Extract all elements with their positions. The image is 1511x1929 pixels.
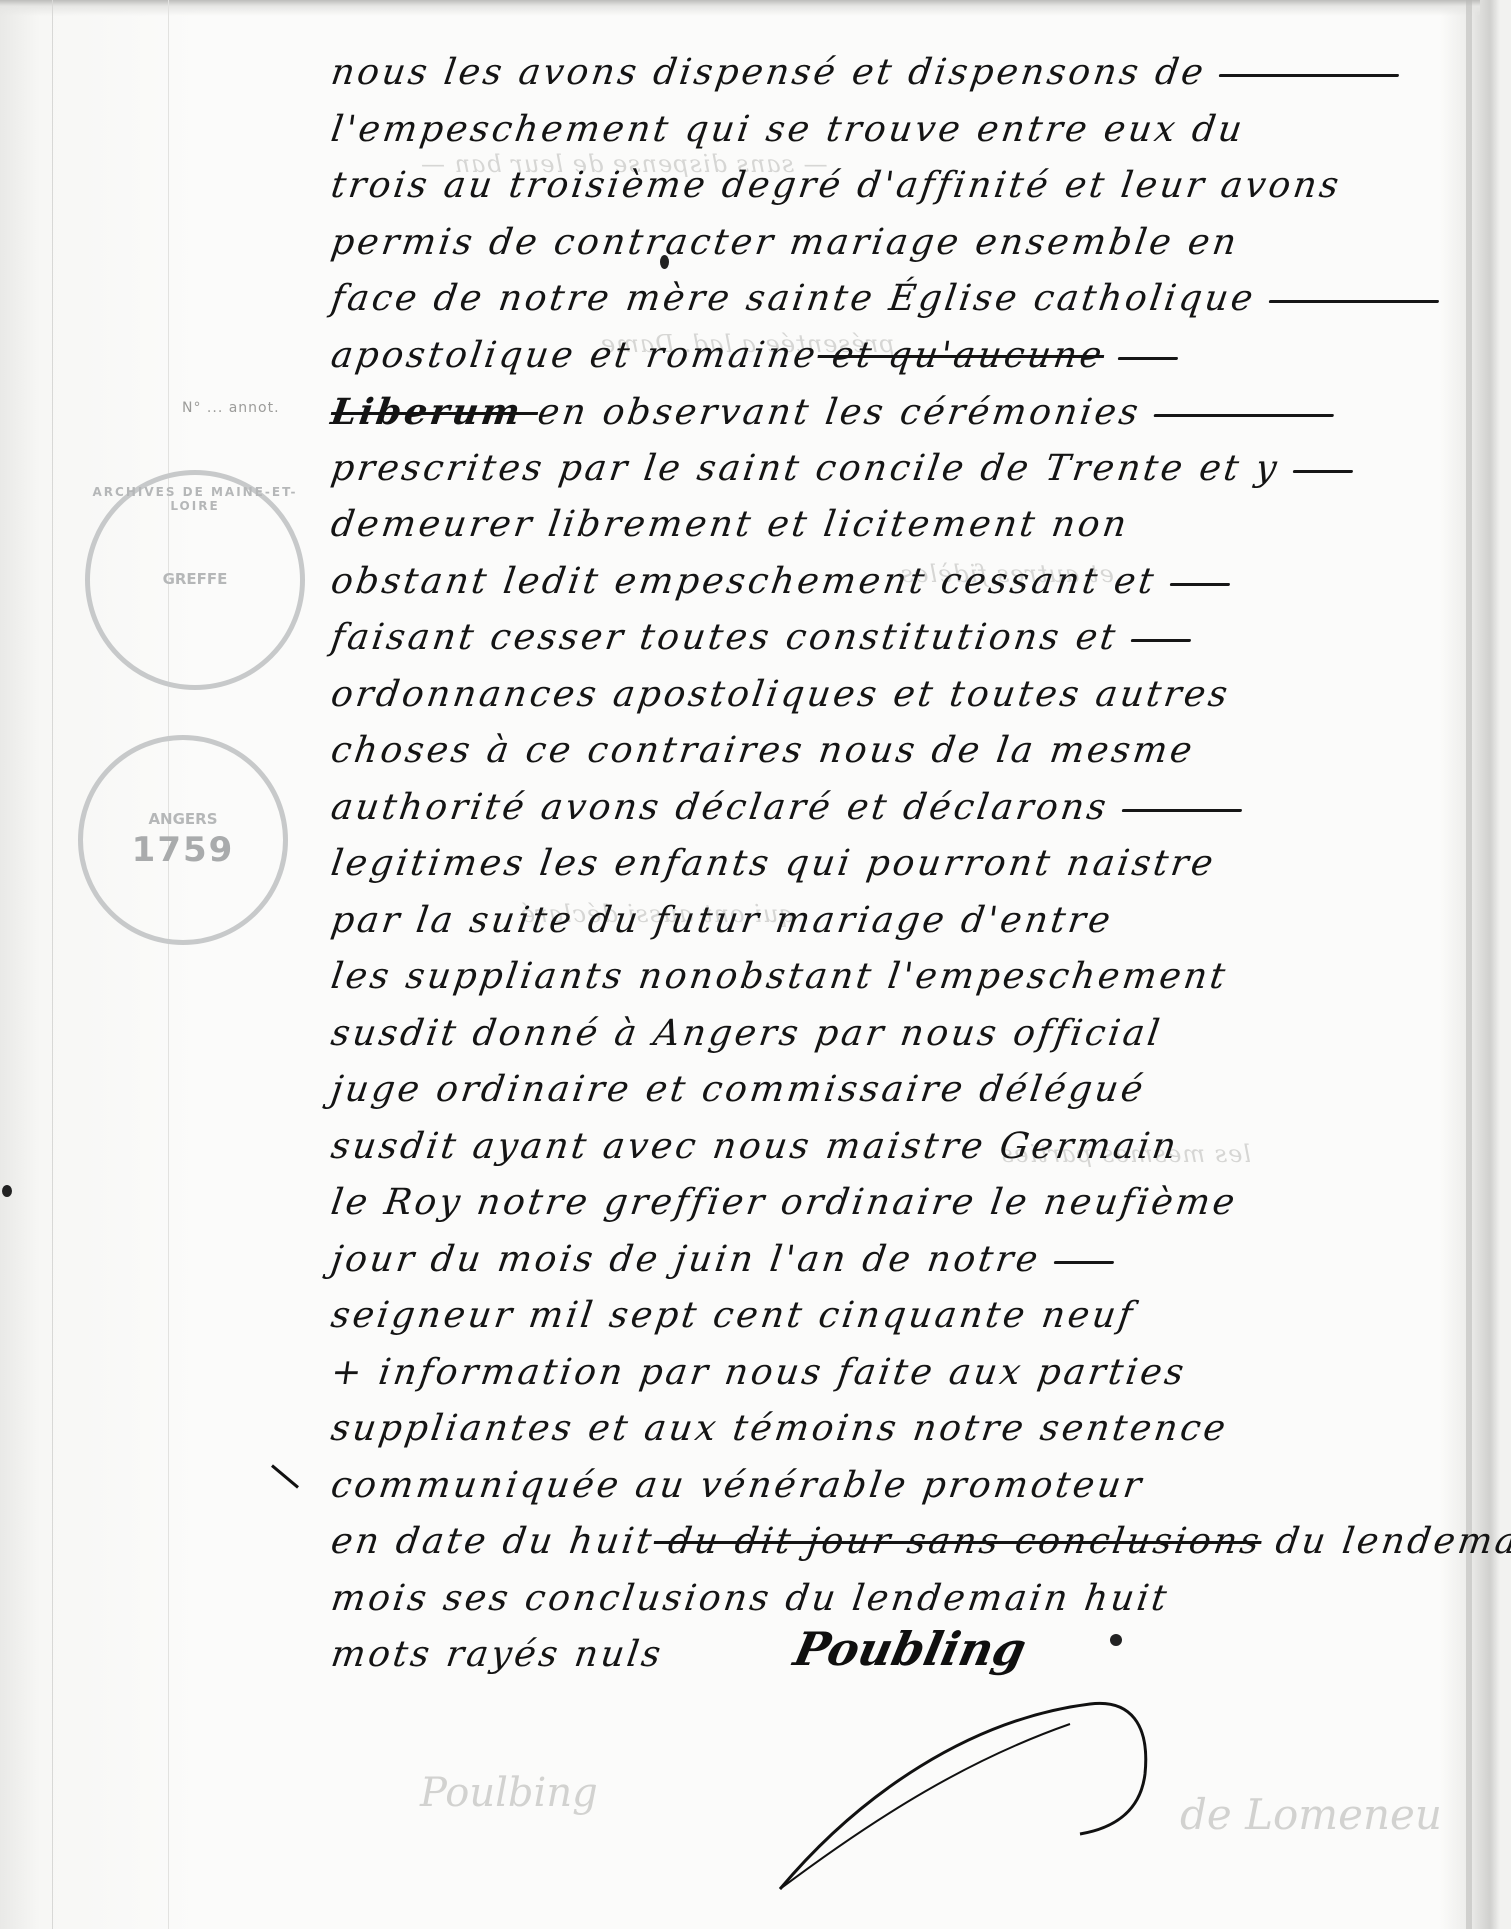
text-line: l'empeschement qui se trouve entre eux d…: [326, 109, 1248, 169]
text-line: susdit ayant avec nous maistre Germain: [326, 1126, 1182, 1186]
stamp-ring-text: ARCHIVES DE MAINE-ET-LOIRE: [90, 485, 300, 513]
line-filler-dash: [1269, 300, 1439, 303]
text-line: suppliantes et aux témoins notre sentenc…: [326, 1408, 1231, 1468]
line-text: le Roy notre greffier ordinaire le neufi…: [328, 1182, 1240, 1223]
text-line: mots rayés nuls: [326, 1634, 666, 1694]
line-text: faisant cesser toutes constitutions et: [328, 617, 1120, 658]
line-text: apostolique et romaine: [328, 335, 820, 376]
struck-text: Liberum: [328, 391, 541, 433]
line-text: choses à ce contraires nous de la mesme: [328, 730, 1197, 771]
line-text: communiquée au vénérable promoteur: [328, 1465, 1146, 1506]
line-text: les suppliants nonobstant l'empeschement: [328, 956, 1230, 997]
line-text: demeurer librement et licitement non: [328, 504, 1131, 545]
line-filler-dash: [1169, 582, 1229, 585]
text-line: susdit donné à Angers par nous official: [326, 1013, 1165, 1073]
stamp-inner-text: GREFFE: [163, 570, 228, 590]
line-filler-dash: [1131, 639, 1191, 642]
margin-rule: [52, 0, 53, 1929]
line-text: seigneur mil sept cent cinquante neuf: [328, 1295, 1137, 1336]
line-text: mots rayés nuls: [328, 1634, 666, 1675]
signature-flourish: [770, 1664, 1190, 1904]
line-text: susdit donné à Angers par nous official: [328, 1013, 1164, 1054]
line-text: trois au troisième degré d'affinité et l…: [328, 165, 1344, 206]
line-filler-dash: [1154, 414, 1334, 417]
text-line: juge ordinaire et commissaire délégué: [326, 1069, 1149, 1129]
line-text: l'empeschement qui se trouve entre eux d…: [328, 109, 1247, 150]
bleed-through-signature: de Lomeneu: [1180, 1790, 1442, 1839]
text-line: seigneur mil sept cent cinquante neuf: [326, 1295, 1138, 1355]
text-line: face de notre mère sainte Église catholi…: [326, 278, 1443, 338]
text-line: le Roy notre greffier ordinaire le neufi…: [326, 1182, 1240, 1242]
page-top-edge: [0, 0, 1480, 16]
text-line: obstant ledit empeschement cessant et: [326, 561, 1233, 621]
text-line: jour du mois de juin l'an de notre: [326, 1239, 1117, 1299]
text-line: mois ses conclusions du lendemain huit: [326, 1578, 1172, 1638]
line-text: jour du mois de juin l'an de notre: [328, 1239, 1043, 1280]
text-line: nous les avons dispensé et dispensons de: [326, 52, 1403, 112]
ink-blot: [2, 1185, 12, 1197]
struck-text: et qu'aucune: [815, 335, 1107, 376]
line-text: par la suite du futur mariage d'entre: [328, 900, 1115, 941]
text-line: legitimes les enfants qui pourront naist…: [326, 843, 1219, 903]
text-line: par la suite du futur mariage d'entre: [326, 900, 1116, 960]
line-text: permis de contracter mariage ensemble en: [328, 222, 1241, 263]
archive-stamp: ANGERS 1759: [78, 735, 288, 945]
text-line: communiquée au vénérable promoteur: [326, 1465, 1147, 1525]
text-line: les suppliants nonobstant l'empeschement: [326, 956, 1231, 1016]
line-text: obstant ledit empeschement cessant et: [328, 561, 1158, 602]
line-text: ordonnances apostoliques et toutes autre…: [328, 674, 1232, 715]
text-line: apostolique et romaine et qu'aucune: [326, 335, 1181, 395]
line-filler-dash: [1219, 74, 1399, 77]
line-text: susdit ayant avec nous maistre Germain: [328, 1126, 1181, 1167]
text-line: ordonnances apostoliques et toutes autre…: [326, 674, 1233, 734]
bleed-through-signature: Poulbing: [420, 1770, 598, 1816]
line-text: nous les avons dispensé et dispensons de: [328, 52, 1208, 93]
text-line: authorité avons déclaré et déclarons: [326, 787, 1246, 847]
stamp-year: 1759: [132, 830, 235, 870]
line-filler-dash: [1122, 808, 1242, 811]
manuscript-page: — sans dispense de leur ban — présentée …: [0, 0, 1511, 1929]
line-filler-dash: [1118, 356, 1178, 359]
page-right-edge: [1466, 0, 1472, 1929]
line-text: authorité avons déclaré et déclarons: [328, 787, 1111, 828]
text-line: prescrites par le saint concile de Trent…: [326, 448, 1356, 508]
line-text: legitimes les enfants qui pourront naist…: [328, 843, 1218, 884]
text-line: choses à ce contraires nous de la mesme: [326, 730, 1198, 790]
archive-stamp: ARCHIVES DE MAINE-ET-LOIRE GREFFE: [85, 470, 305, 690]
line-text: mois ses conclusions du lendemain huit: [328, 1578, 1171, 1619]
line-text: prescrites par le saint concile de Trent…: [328, 448, 1282, 489]
text-line: Liberum en observant les cérémonies: [326, 391, 1338, 451]
text-line: demeurer librement et licitement non: [326, 504, 1132, 564]
line-text: + information par nous faite aux parties: [328, 1352, 1189, 1393]
line-text: en date du huit: [328, 1521, 656, 1562]
margin-note: N° ... annot.: [182, 400, 280, 416]
line-filler-dash: [1293, 469, 1353, 472]
line-text: en observant les cérémonies: [535, 392, 1143, 433]
text-line: trois au troisième degré d'affinité et l…: [326, 165, 1344, 225]
line-text: juge ordinaire et commissaire délégué: [328, 1069, 1148, 1110]
text-line: permis de contracter mariage ensemble en: [326, 222, 1242, 282]
line-text: face de notre mère sainte Église catholi…: [328, 278, 1258, 319]
line-filler-dash: [1054, 1260, 1114, 1263]
text-line: + information par nous faite aux parties: [326, 1352, 1189, 1412]
stamp-inner-text: ANGERS: [148, 810, 217, 830]
text-line: faisant cesser toutes constitutions et: [326, 617, 1195, 677]
line-text: du lendemain: [1259, 1521, 1511, 1562]
struck-text: du dit jour sans conclusions: [651, 1521, 1264, 1562]
line-text: suppliantes et aux témoins notre sentenc…: [328, 1408, 1230, 1449]
margin-rule: [168, 0, 169, 1929]
text-line: en date du huit du dit jour sans conclus…: [326, 1521, 1511, 1581]
